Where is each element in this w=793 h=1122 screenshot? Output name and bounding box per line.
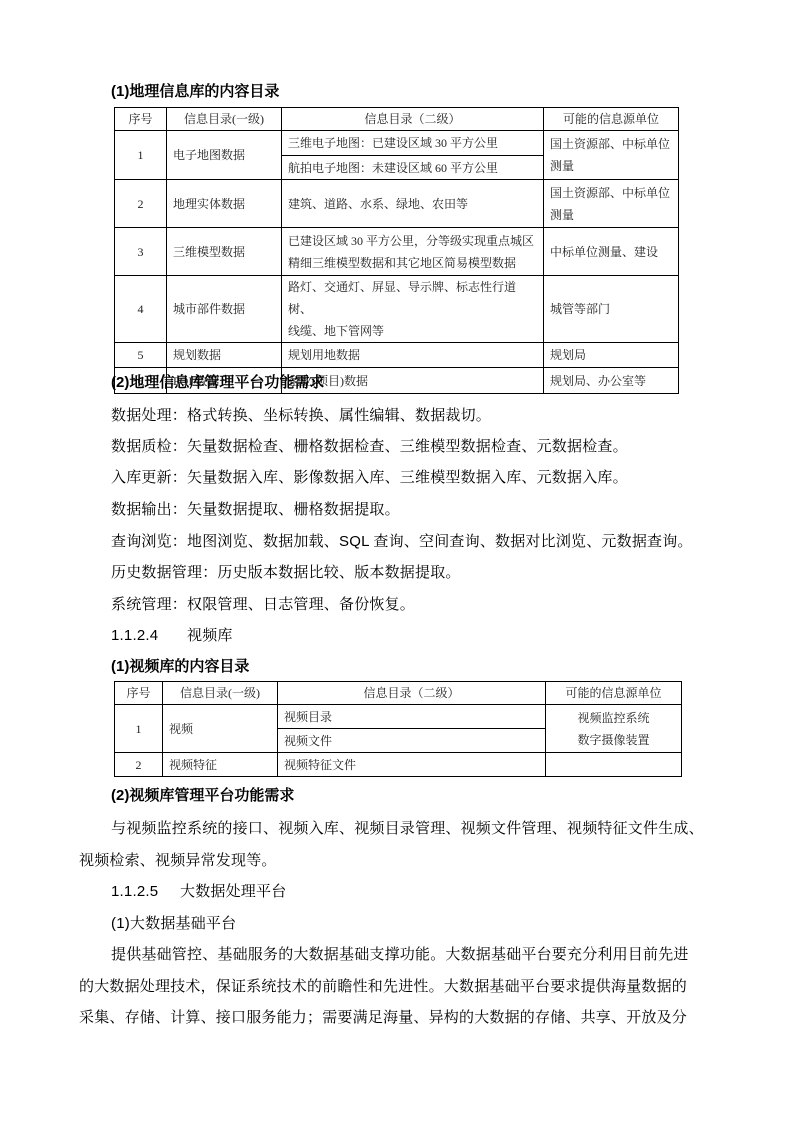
level1-cell: 城市部件数据 [167, 276, 282, 343]
paragraph-line: 提供基础管控、基础服务的大数据基础支撑功能。大数据基础平台要充分利用目前先进 [111, 946, 689, 964]
paragraph-line: 采集、存储、计算、接口服务能力；需要满足海量、异构的大数据的存储、共享、开放及分 [79, 1009, 687, 1027]
level2-line: 精细三维模型数据和其它地区简易模型数据 [288, 252, 537, 274]
source-cell: 国土资源部、中标单位 测量 [544, 180, 679, 228]
table-row: 2 地理实体数据 建筑、道路、水系、绿地、农田等 国土资源部、中标单位 测量 [115, 180, 679, 228]
section-number: 1.1.2.4 [111, 627, 187, 645]
requirement-line: 历史数据管理：历史版本数据比较、版本数据提取。 [111, 564, 461, 582]
table-header-row: 序号 信息目录(一级) 信息目录（二级） 可能的信息源单位 [115, 108, 679, 131]
level2-cell: 路灯、交通灯、屏显、导示牌、标志性行道树、 线缆、地下管网等 [282, 276, 544, 343]
row-number: 2 [115, 180, 167, 228]
level1-cell: 地理实体数据 [167, 180, 282, 228]
paragraph-line: 与视频监控系统的接口、视频入库、视频目录管理、视频文件管理、视频特征文件生成、 [111, 820, 704, 838]
level2-cell: 视频目录 [278, 705, 546, 729]
level2-cell: 已建设区域 30 平方公里，分等级实现重点城区 精细三维模型数据和其它地区简易模… [282, 228, 544, 276]
level2-cell: 视频特征文件 [278, 753, 546, 777]
paragraph-line: 视频检索、视频异常发现等。 [79, 852, 277, 870]
level2-cell: 航拍电子地图：未建设区域 60 平方公里 [282, 156, 544, 180]
row-number: 2 [115, 753, 163, 777]
level2-cell: 三维电子地图：已建设区域 30 平方公里 [282, 131, 544, 156]
table-row: 1 电子地图数据 三维电子地图：已建设区域 30 平方公里 国土资源部、中标单位… [115, 131, 679, 156]
table-row: 2 视频特征 视频特征文件 [115, 753, 682, 777]
source-line: 测量 [550, 204, 672, 226]
table-header-row: 序号 信息目录(一级) 信息目录（二级） 可能的信息源单位 [115, 682, 682, 705]
header-cell: 序号 [115, 682, 163, 705]
paragraph-line: 的大数据处理技术，保证系统技术的前瞻性和先进性。大数据基础平台要求提供海量数据的 [79, 978, 687, 996]
source-line: 国土资源部、中标单位 [550, 182, 672, 204]
geo-content-heading: (1)地理信息库的内容目录 [111, 83, 279, 101]
source-cell: 城管等部门 [544, 276, 679, 343]
header-cell: 可能的信息源单位 [546, 682, 682, 705]
source-cell: 视频监控系统 数字摄像装置 [546, 705, 682, 753]
table-row: 5 规划数据 规划用地数据 规划局 [115, 343, 679, 368]
level1-cell: 三维模型数据 [167, 228, 282, 276]
requirement-line: 数据处理：格式转换、坐标转换、属性编辑、数据裁切。 [111, 407, 491, 425]
geo-content-table: 序号 信息目录(一级) 信息目录（二级） 可能的信息源单位 1 电子地图数据 三… [114, 107, 679, 394]
table-row: 3 三维模型数据 已建设区域 30 平方公里，分等级实现重点城区 精细三维模型数… [115, 228, 679, 276]
level1-cell: 电子地图数据 [167, 131, 282, 180]
header-cell: 可能的信息源单位 [544, 108, 679, 131]
header-cell: 信息目录(一级) [163, 682, 278, 705]
bigdata-section-heading: 1.1.2.5大数据处理平台 [111, 883, 286, 901]
video-platform-heading: (2)视频库管理平台功能需求 [111, 787, 294, 805]
video-section-heading: 1.1.2.4视频库 [111, 627, 233, 645]
geo-platform-heading: (2)地理信息库管理平台功能需求 [111, 374, 324, 392]
level1-cell: 视频 [163, 705, 278, 753]
source-cell: 中标单位测量、建设 [544, 228, 679, 276]
bigdata-sub-heading: (1)大数据基础平台 [111, 915, 236, 933]
section-title: 大数据处理平台 [180, 883, 286, 900]
requirement-line: 查询浏览：地图浏览、数据加载、SQL 查询、空间查询、数据对比浏览、元数据查询。 [111, 533, 693, 551]
section-number: 1.1.2.5 [111, 883, 180, 901]
header-cell: 信息目录（二级） [278, 682, 546, 705]
level1-cell: 规划数据 [167, 343, 282, 368]
level2-line: 已建设区域 30 平方公里，分等级实现重点城区 [288, 230, 537, 252]
source-line: 视频监控系统 [552, 707, 675, 729]
header-cell: 信息目录（二级） [282, 108, 544, 131]
level2-cell: 视频文件 [278, 729, 546, 753]
level2-line: 路灯、交通灯、屏显、导示牌、标志性行道树、 [288, 276, 537, 320]
row-number: 4 [115, 276, 167, 343]
source-cell: 规划局 [544, 343, 679, 368]
level1-cell: 视频特征 [163, 753, 278, 777]
requirement-line: 数据质检：矢量数据检查、栅格数据检查、三维模型数据检查、元数据检查。 [111, 438, 628, 456]
requirement-line: 入库更新：矢量数据入库、影像数据入库、三维模型数据入库、元数据入库。 [111, 469, 628, 487]
row-number: 1 [115, 131, 167, 180]
source-line: 数字摄像装置 [552, 729, 675, 751]
header-cell: 信息目录(一级) [167, 108, 282, 131]
video-content-heading: (1)视频库的内容目录 [111, 658, 249, 676]
row-number: 3 [115, 228, 167, 276]
video-content-table: 序号 信息目录(一级) 信息目录（二级） 可能的信息源单位 1 视频 视频目录 … [114, 681, 682, 777]
level2-cell: 建筑、道路、水系、绿地、农田等 [282, 180, 544, 228]
source-cell: 国土资源部、中标单位 测量 [544, 131, 679, 180]
row-number: 1 [115, 705, 163, 753]
requirement-line: 系统管理：权限管理、日志管理、备份恢复。 [111, 596, 415, 614]
table-row: 1 视频 视频目录 视频监控系统 数字摄像装置 [115, 705, 682, 729]
requirement-line: 数据输出：矢量数据提取、栅格数据提取。 [111, 501, 400, 519]
header-cell: 序号 [115, 108, 167, 131]
table-row: 4 城市部件数据 路灯、交通灯、屏显、导示牌、标志性行道树、 线缆、地下管网等 … [115, 276, 679, 343]
source-line: 测量 [550, 155, 672, 177]
document-page: (1)地理信息库的内容目录 序号 信息目录(一级) 信息目录（二级） 可能的信息… [0, 0, 793, 1122]
level2-line: 线缆、地下管网等 [288, 320, 537, 342]
source-cell [546, 753, 682, 777]
source-line: 国土资源部、中标单位 [550, 133, 672, 155]
level2-cell: 规划用地数据 [282, 343, 544, 368]
row-number: 5 [115, 343, 167, 368]
section-title: 视频库 [187, 627, 233, 644]
source-cell: 规划局、办公室等 [544, 368, 679, 394]
